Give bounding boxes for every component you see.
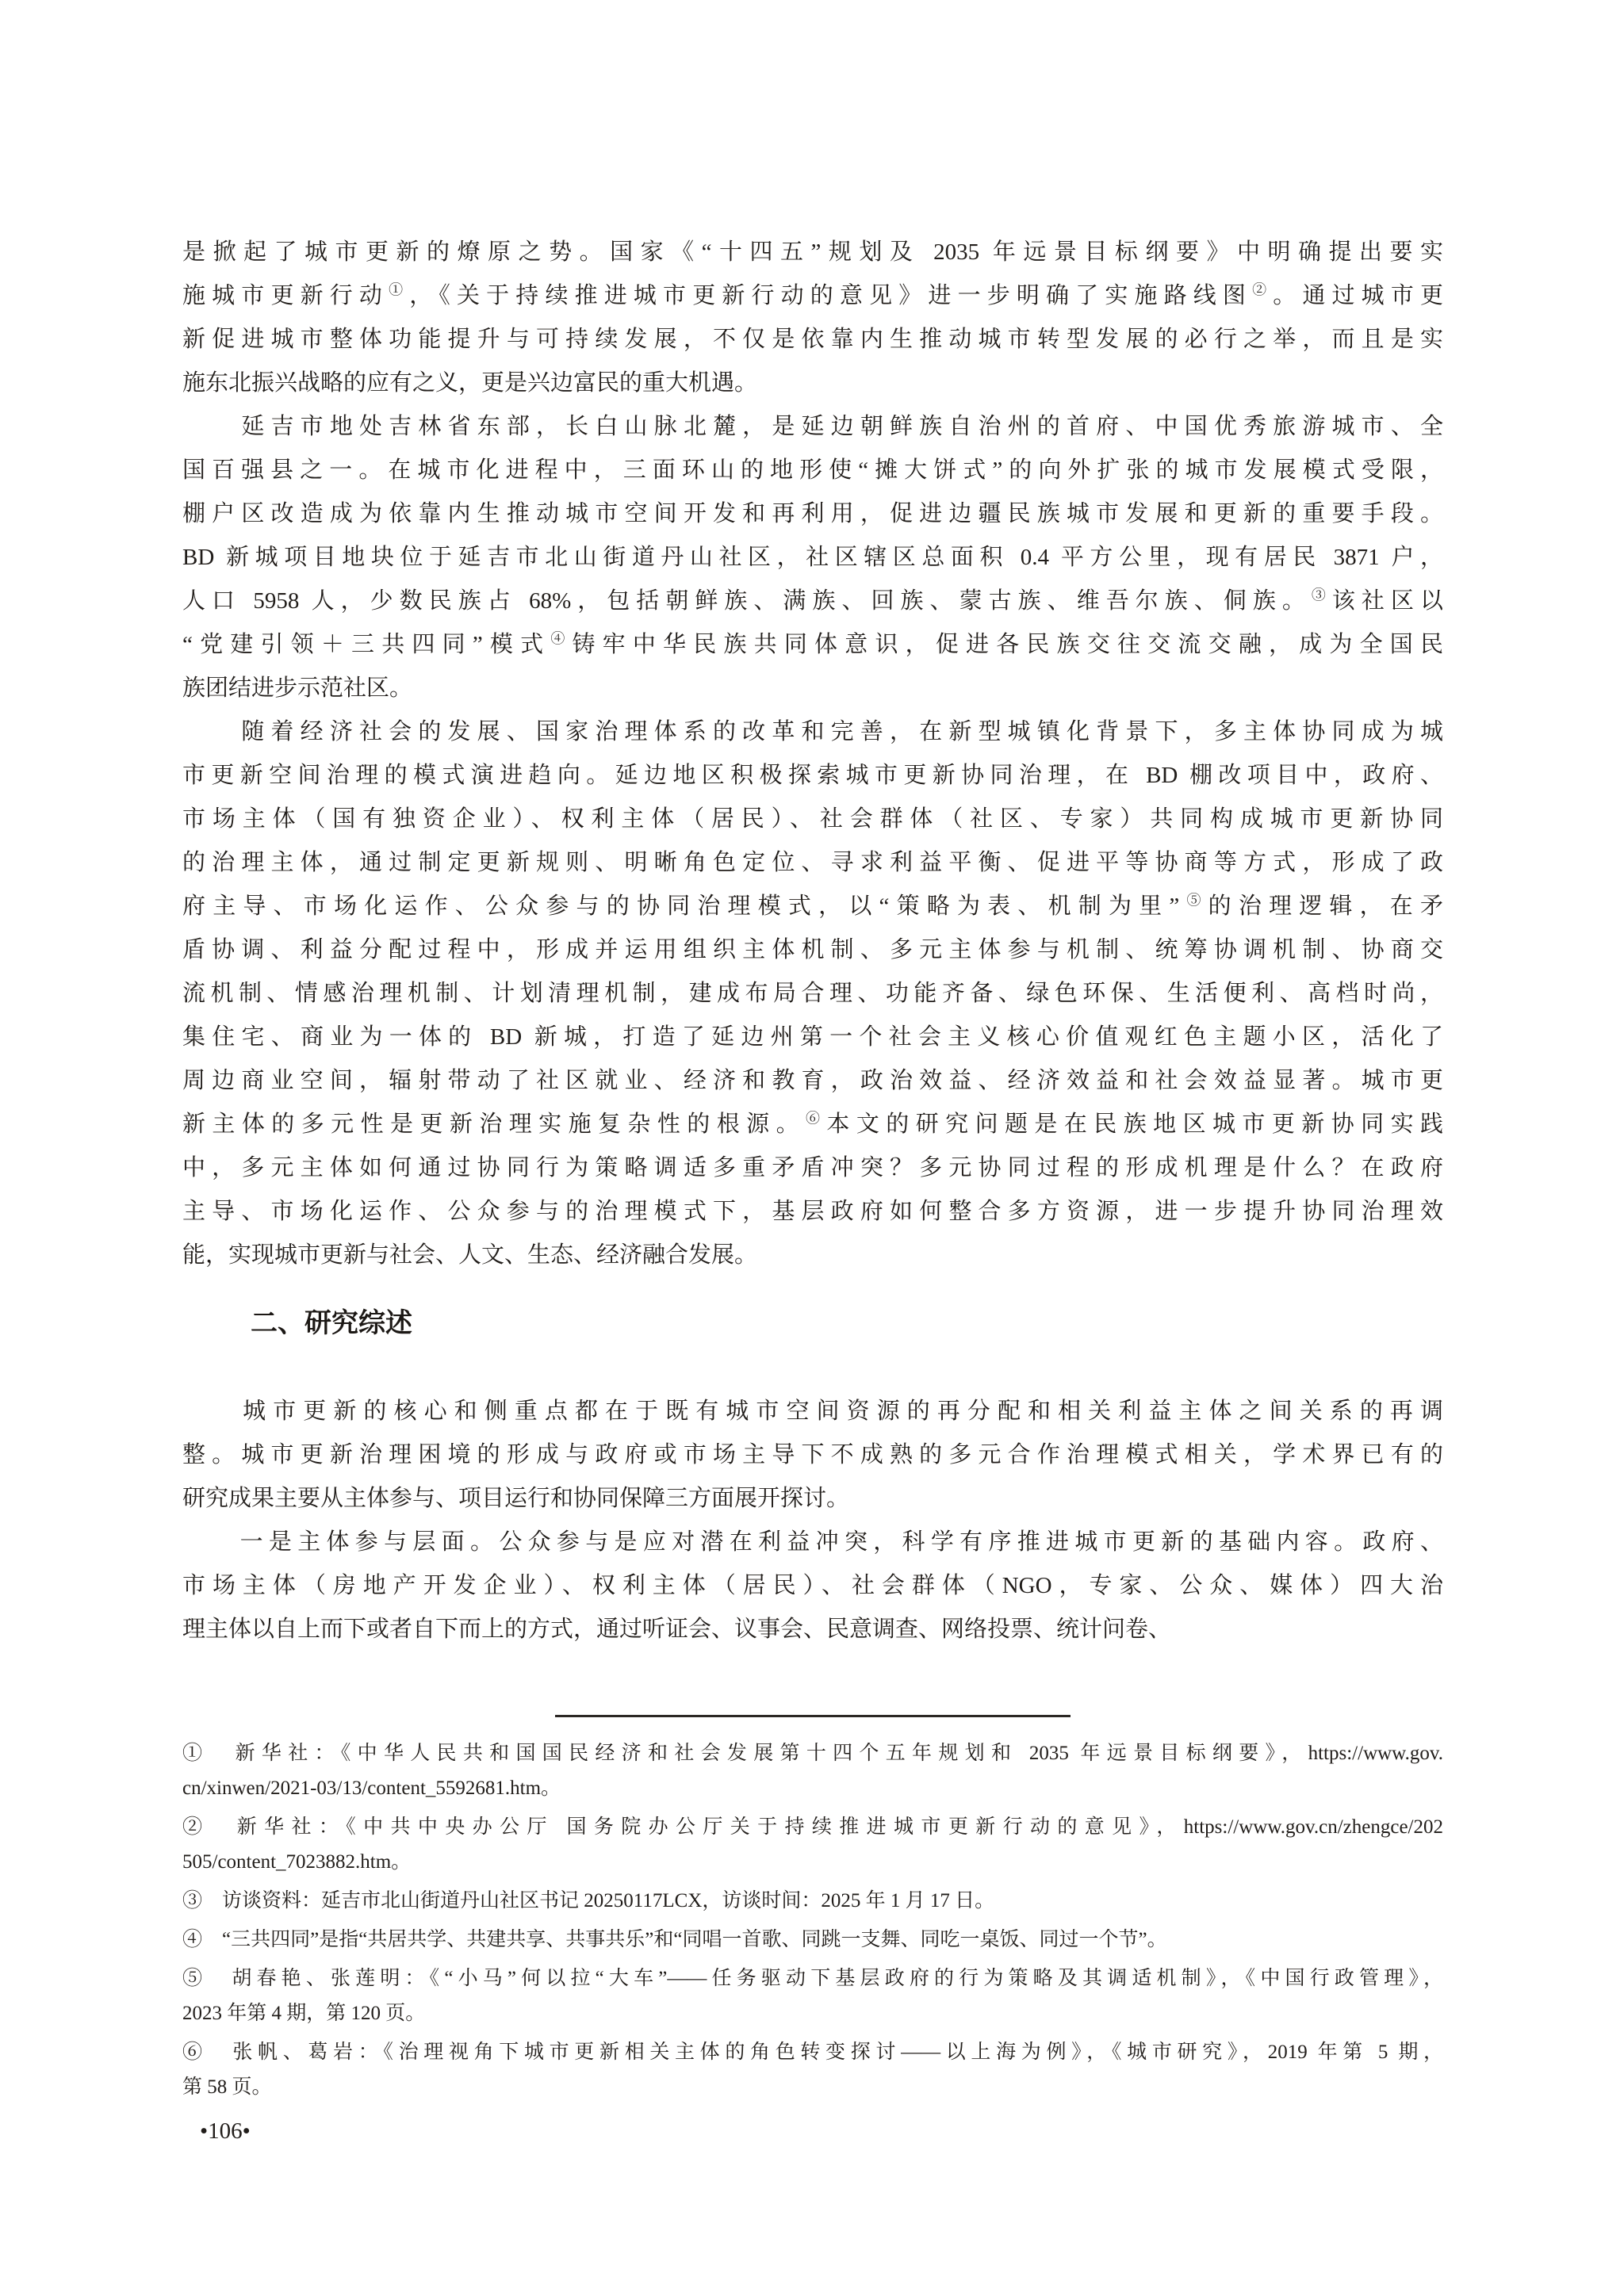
- text-line: ③ 访谈资料：延吉市北山街道丹山社区书记 20250117LCX，访谈时间：20…: [182, 1884, 1443, 1919]
- paragraph-yanji-overview: 延吉市地处吉林省东部，长白山脉北麓，是延边朝鲜族自治州的首府、中国优秀旅游城市、…: [182, 405, 1443, 710]
- text-line: 人口 5958 人，少数民族占 68%，包括朝鲜族、满族、回族、蒙古族、维吾尔族…: [182, 580, 1443, 623]
- footnote-2: ② 新华社：《中共中央办公厅 国务院办公厅关于持续推进城市更新行动的意见》，ht…: [182, 1810, 1443, 1880]
- journal-page: 是掀起了城市更新的燎原之势。国家《“十四五”规划及 2035 年远景目标纲要》中…: [0, 0, 1624, 2296]
- text-line: 中，多元主体如何通过协同行为策略调适多重矛盾冲突？多元协同过程的形成机理是什么？…: [182, 1146, 1443, 1190]
- text-line: ⑥ 张帆、葛岩：《治理视角下城市更新相关主体的角色转变探讨——以上海为例》，《城…: [182, 2035, 1443, 2070]
- text-line: 市更新空间治理的模式演进趋向。延边地区积极探索城市更新协同治理，在 BD 棚改项…: [182, 754, 1443, 798]
- text-line: 盾协调、利益分配过程中，形成并运用组织主体机制、多元主体参与机制、统筹协调机制、…: [182, 928, 1443, 972]
- text-line: 整。城市更新治理困境的形成与政府或市场主导下不成熟的多元合作治理模式相关，学术界…: [182, 1433, 1443, 1477]
- text-line: 2023 年第 4 期，第 120 页。: [182, 1996, 1443, 2031]
- footnote-ref: ④: [550, 630, 572, 646]
- footnote-ref: ⑥: [806, 1110, 826, 1126]
- footnote-ref: ⑤: [1179, 892, 1208, 908]
- text-line: 研究成果主要从主体参与、项目运行和协同保障三方面展开探讨。: [182, 1477, 1443, 1521]
- text-line: 族团结进步示范社区。: [182, 667, 1443, 710]
- footnote-ref: ②: [1252, 281, 1273, 297]
- text-line: BD 新城项目地块位于延吉市北山街道丹山社区，社区辖区总面积 0.4 平方公里，…: [182, 536, 1443, 580]
- text-line: cn/xinwen/2021-03/13/content_5592681.htm…: [182, 1771, 1443, 1806]
- footnote-3: ③ 访谈资料：延吉市北山街道丹山社区书记 20250117LCX，访谈时间：20…: [182, 1884, 1443, 1919]
- footnote-6: ⑥ 张帆、葛岩：《治理视角下城市更新相关主体的角色转变探讨——以上海为例》，《城…: [182, 2035, 1443, 2105]
- text-line: ① 新华社：《中华人民共和国国民经济和社会发展第十四个五年规划和 2035 年远…: [182, 1736, 1443, 1771]
- text-line: ④ “三共四同”是指“共居共学、共建共享、共事共乐”和“同唱一首歌、同跳一支舞、…: [182, 1923, 1443, 1957]
- text-line: 国百强县之一。在城市化进程中，三面环山的地形使“摊大饼式”的向外扩张的城市发展模…: [182, 449, 1443, 492]
- text-line: 施东北振兴战略的应有之义，更是兴边富民的重大机遇。: [182, 362, 1443, 405]
- text-line: 新主体的多元性是更新治理实施复杂性的根源。⑥本文的研究问题是在民族地区城市更新协…: [182, 1103, 1443, 1146]
- text-line: 棚户区改造成为依靠内生推动城市空间开发和再利用，促进边疆民族城市发展和更新的重要…: [182, 492, 1443, 536]
- text-line: 周边商业空间，辐射带动了社区就业、经济和教育，政治效益、经济效益和社会效益显著。…: [182, 1059, 1443, 1103]
- paragraph-continuation: 是掀起了城市更新的燎原之势。国家《“十四五”规划及 2035 年远景目标纲要》中…: [182, 231, 1443, 405]
- footnotes-section: ① 新华社：《中华人民共和国国民经济和社会发展第十四个五年规划和 2035 年远…: [182, 1736, 1443, 2105]
- page-number: •106•: [200, 2115, 251, 2147]
- footnote-5: ⑤ 胡春艳、张莲明：《“小马”何以拉“大车”——任务驱动下基层政府的行为策略及其…: [182, 1961, 1443, 2031]
- text-line: 的治理主体，通过制定更新规则、明晰角色定位、寻求利益平衡、促进平等协商等方式，形…: [182, 841, 1443, 885]
- text-line: ② 新华社：《中共中央办公厅 国务院办公厅关于持续推进城市更新行动的意见》，ht…: [182, 1810, 1443, 1845]
- text-line: 流机制、情感治理机制、计划清理机制，建成布局合理、功能齐备、绿色环保、生活便利、…: [182, 972, 1443, 1016]
- text-line: 集住宅、商业为一体的 BD 新城，打造了延边州第一个社会主义核心价值观红色主题小…: [182, 1016, 1443, 1059]
- text-line: “党建引领＋三共四同”模式④铸牢中华民族共同体意识，促进各民族交往交流交融，成为…: [182, 623, 1443, 667]
- text-line: 是掀起了城市更新的燎原之势。国家《“十四五”规划及 2035 年远景目标纲要》中…: [182, 231, 1443, 274]
- footnote-4: ④ “三共四同”是指“共居共学、共建共享、共事共乐”和“同唱一首歌、同跳一支舞、…: [182, 1923, 1443, 1957]
- text-line: 新促进城市整体功能提升与可持续发展，不仅是依靠内生推动城市转型发展的必行之举，而…: [182, 318, 1443, 362]
- footnote-1: ① 新华社：《中华人民共和国国民经济和社会发展第十四个五年规划和 2035 年远…: [182, 1736, 1443, 1806]
- text-line: 施城市更新行动①，《关于持续推进城市更新行动的意见》进一步明确了实施路线图②。通…: [182, 274, 1443, 318]
- text-line: 理主体以自上而下或者自下而上的方式，通过听证会、议事会、民意调查、网络投票、统计…: [182, 1608, 1443, 1651]
- text-line: 505/content_7023882.htm。: [182, 1845, 1443, 1880]
- text-line: ⑤ 胡春艳、张莲明：《“小马”何以拉“大车”——任务驱动下基层政府的行为策略及其…: [182, 1961, 1443, 1996]
- text-line: 城市更新的核心和侧重点都在于既有城市空间资源的再分配和相关利益主体之间关系的再调: [182, 1390, 1443, 1433]
- text-line: 第 58 页。: [182, 2070, 1443, 2105]
- paragraph-research-core: 城市更新的核心和侧重点都在于既有城市空间资源的再分配和相关利益主体之间关系的再调…: [182, 1390, 1443, 1521]
- text-line: 市场主体（国有独资企业）、权利主体（居民）、社会群体（社区、专家）共同构成城市更…: [182, 798, 1443, 841]
- paragraph-collaborative-governance: 随着经济社会的发展、国家治理体系的改革和完善，在新型城镇化背景下，多主体协同成为…: [182, 710, 1443, 1277]
- text-line: 府主导、市场化运作、公众参与的协同治理模式，以“策略为表、机制为里”⑤的治理逻辑…: [182, 885, 1443, 928]
- text-line: 能，实现城市更新与社会、人文、生态、经济融合发展。: [182, 1234, 1443, 1277]
- footnote-ref: ③: [1312, 587, 1332, 603]
- section-heading: 二、研究综述: [182, 1299, 1443, 1347]
- paragraph-subject-participation: 一是主体参与层面。公众参与是应对潜在利益冲突，科学有序推进城市更新的基础内容。政…: [182, 1521, 1443, 1651]
- footnote-ref: ①: [389, 281, 409, 297]
- article-body: 是掀起了城市更新的燎原之势。国家《“十四五”规划及 2035 年远景目标纲要》中…: [182, 231, 1443, 2109]
- text-line: 主导、市场化运作、公众参与的治理模式下，基层政府如何整合多方资源，进一步提升协同…: [182, 1190, 1443, 1234]
- text-line: 一是主体参与层面。公众参与是应对潜在利益冲突，科学有序推进城市更新的基础内容。政…: [182, 1521, 1443, 1564]
- text-line: 随着经济社会的发展、国家治理体系的改革和完善，在新型城镇化背景下，多主体协同成为…: [182, 710, 1443, 754]
- text-line: 延吉市地处吉林省东部，长白山脉北麓，是延边朝鲜族自治州的首府、中国优秀旅游城市、…: [182, 405, 1443, 449]
- text-line: 市场主体（房地产开发企业）、权利主体（居民）、社会群体（NGO，专家、公众、媒体…: [182, 1564, 1443, 1608]
- footnote-separator: [555, 1715, 1071, 1717]
